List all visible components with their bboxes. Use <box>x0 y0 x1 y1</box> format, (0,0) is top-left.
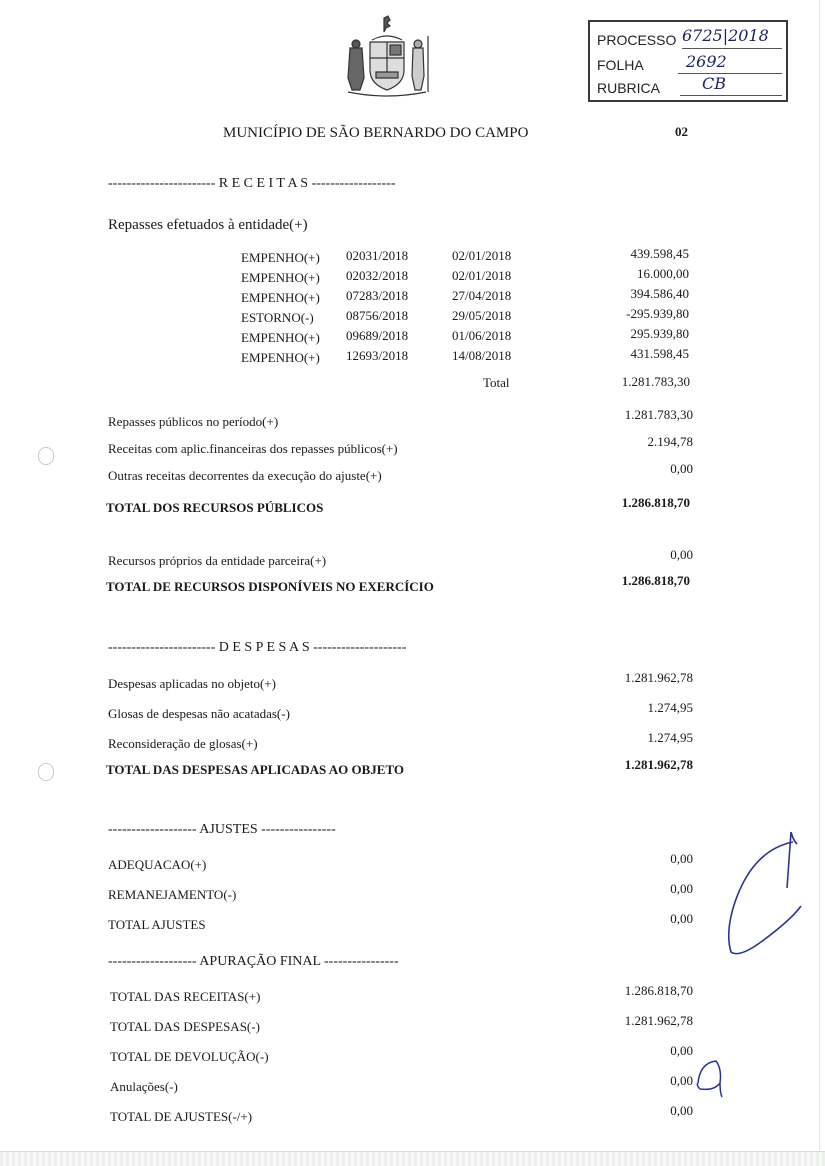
line-value: 0,00 <box>560 881 693 897</box>
line-label: Despesas aplicadas no objeto(+) <box>108 676 276 692</box>
despesas-heading: ----------------------- D E S P E S A S … <box>108 640 406 656</box>
entry-date: 29/05/2018 <box>452 308 511 324</box>
line-value: 0,00 <box>560 1073 693 1089</box>
processo-value: 6725|2018 <box>682 26 769 45</box>
initials-mark-icon <box>690 1057 730 1107</box>
entry-value: 16.000,00 <box>560 266 689 282</box>
entry-date: 02/01/2018 <box>452 248 511 264</box>
entry-number: 07283/2018 <box>346 288 408 304</box>
rubrica-label: RUBRICA <box>597 80 660 96</box>
line-label: Anulações(-) <box>110 1079 178 1095</box>
despesas-total-label: TOTAL DAS DESPESAS APLICADAS AO OBJETO <box>106 762 404 778</box>
scan-border <box>0 1151 825 1166</box>
line-label: TOTAL DE DEVOLUÇÃO(-) <box>110 1049 269 1065</box>
line-value: 1.274,95 <box>560 730 693 746</box>
line-label: Repasses públicos no período(+) <box>108 414 278 430</box>
line-value: 1.281.962,78 <box>560 1013 693 1029</box>
punch-hole <box>38 447 54 465</box>
line-value: 1.286.818,70 <box>560 983 693 999</box>
entry-date: 27/04/2018 <box>452 288 511 304</box>
signature-mark-icon <box>715 828 815 958</box>
line-value: 0,00 <box>560 1103 693 1119</box>
entry-value: 295.939,80 <box>560 326 689 342</box>
page-number: 02 <box>675 124 688 140</box>
line-value: 0,00 <box>560 911 693 927</box>
folha-label: FOLHA <box>597 57 644 73</box>
line-value: 1.281.783,30 <box>560 407 693 423</box>
line-label: TOTAL DAS RECEITAS(+) <box>110 989 260 1005</box>
entry-number: 12693/2018 <box>346 348 408 364</box>
line-label: REMANEJAMENTO(-) <box>108 887 236 903</box>
line-value: 0,00 <box>560 461 693 477</box>
entry-type: EMPENHO(+) <box>241 270 320 286</box>
proprios-value: 0,00 <box>560 547 693 563</box>
line-label: Reconsideração de glosas(+) <box>108 736 258 752</box>
total-disponiveis-value: 1.286.818,70 <box>560 573 690 589</box>
line-value: 0,00 <box>560 1043 693 1059</box>
process-stamp: PROCESSO 6725|2018 FOLHA 2692 RUBRICA CB <box>588 20 788 102</box>
entry-date: 01/06/2018 <box>452 328 511 344</box>
line-value: 2.194,78 <box>560 434 693 450</box>
rubrica-value: CB <box>702 74 726 93</box>
line-value: 1.274,95 <box>560 700 693 716</box>
coat-of-arms-icon <box>340 14 435 102</box>
entry-type: EMPENHO(+) <box>241 250 320 266</box>
entry-number: 09689/2018 <box>346 328 408 344</box>
page-edge <box>819 0 820 1150</box>
entry-number: 08756/2018 <box>346 308 408 324</box>
document-title: MUNICÍPIO DE SÃO BERNARDO DO CAMPO <box>223 125 528 142</box>
processo-label: PROCESSO <box>597 32 676 48</box>
total-publicos-label: TOTAL DOS RECURSOS PÚBLICOS <box>106 500 323 516</box>
total-disponiveis-label: TOTAL DE RECURSOS DISPONÍVEIS NO EXERCÍC… <box>106 579 434 595</box>
receitas-heading: ----------------------- R E C E I T A S … <box>108 176 396 192</box>
despesas-total-value: 1.281.962,78 <box>560 757 693 773</box>
entry-value: -295.939,80 <box>560 306 689 322</box>
entry-value: 431.598,45 <box>560 346 689 362</box>
line-label: Receitas com aplic.financeiras dos repas… <box>108 441 398 457</box>
entries-total-label: Total <box>483 375 510 391</box>
apuracao-heading: ------------------- APURAÇÃO FINAL -----… <box>108 954 399 970</box>
folha-value: 2692 <box>686 52 727 71</box>
proprios-label: Recursos próprios da entidade parceira(+… <box>108 553 326 569</box>
repasses-label: Repasses efetuados à entidade(+) <box>108 217 308 234</box>
entry-type: ESTORNO(-) <box>241 310 314 326</box>
line-label: ADEQUACAO(+) <box>108 857 206 873</box>
line-value: 0,00 <box>560 851 693 867</box>
line-label: Glosas de despesas não acatadas(-) <box>108 706 290 722</box>
entries-total-value: 1.281.783,30 <box>560 374 690 390</box>
punch-hole <box>38 763 54 781</box>
line-value: 1.281.962,78 <box>560 670 693 686</box>
entry-type: EMPENHO(+) <box>241 290 320 306</box>
entry-type: EMPENHO(+) <box>241 350 320 366</box>
line-label: TOTAL DAS DESPESAS(-) <box>110 1019 260 1035</box>
entry-date: 02/01/2018 <box>452 268 511 284</box>
entry-value: 439.598,45 <box>560 246 689 262</box>
entry-type: EMPENHO(+) <box>241 330 320 346</box>
entry-number: 02031/2018 <box>346 248 408 264</box>
ajustes-heading: ------------------- AJUSTES ------------… <box>108 822 336 838</box>
entry-number: 02032/2018 <box>346 268 408 284</box>
entry-date: 14/08/2018 <box>452 348 511 364</box>
total-publicos-value: 1.286.818,70 <box>560 495 690 511</box>
line-label: TOTAL AJUSTES <box>108 917 206 933</box>
entry-value: 394.586,40 <box>560 286 689 302</box>
line-label: TOTAL DE AJUSTES(-/+) <box>110 1109 252 1125</box>
line-label: Outras receitas decorrentes da execução … <box>108 468 382 484</box>
